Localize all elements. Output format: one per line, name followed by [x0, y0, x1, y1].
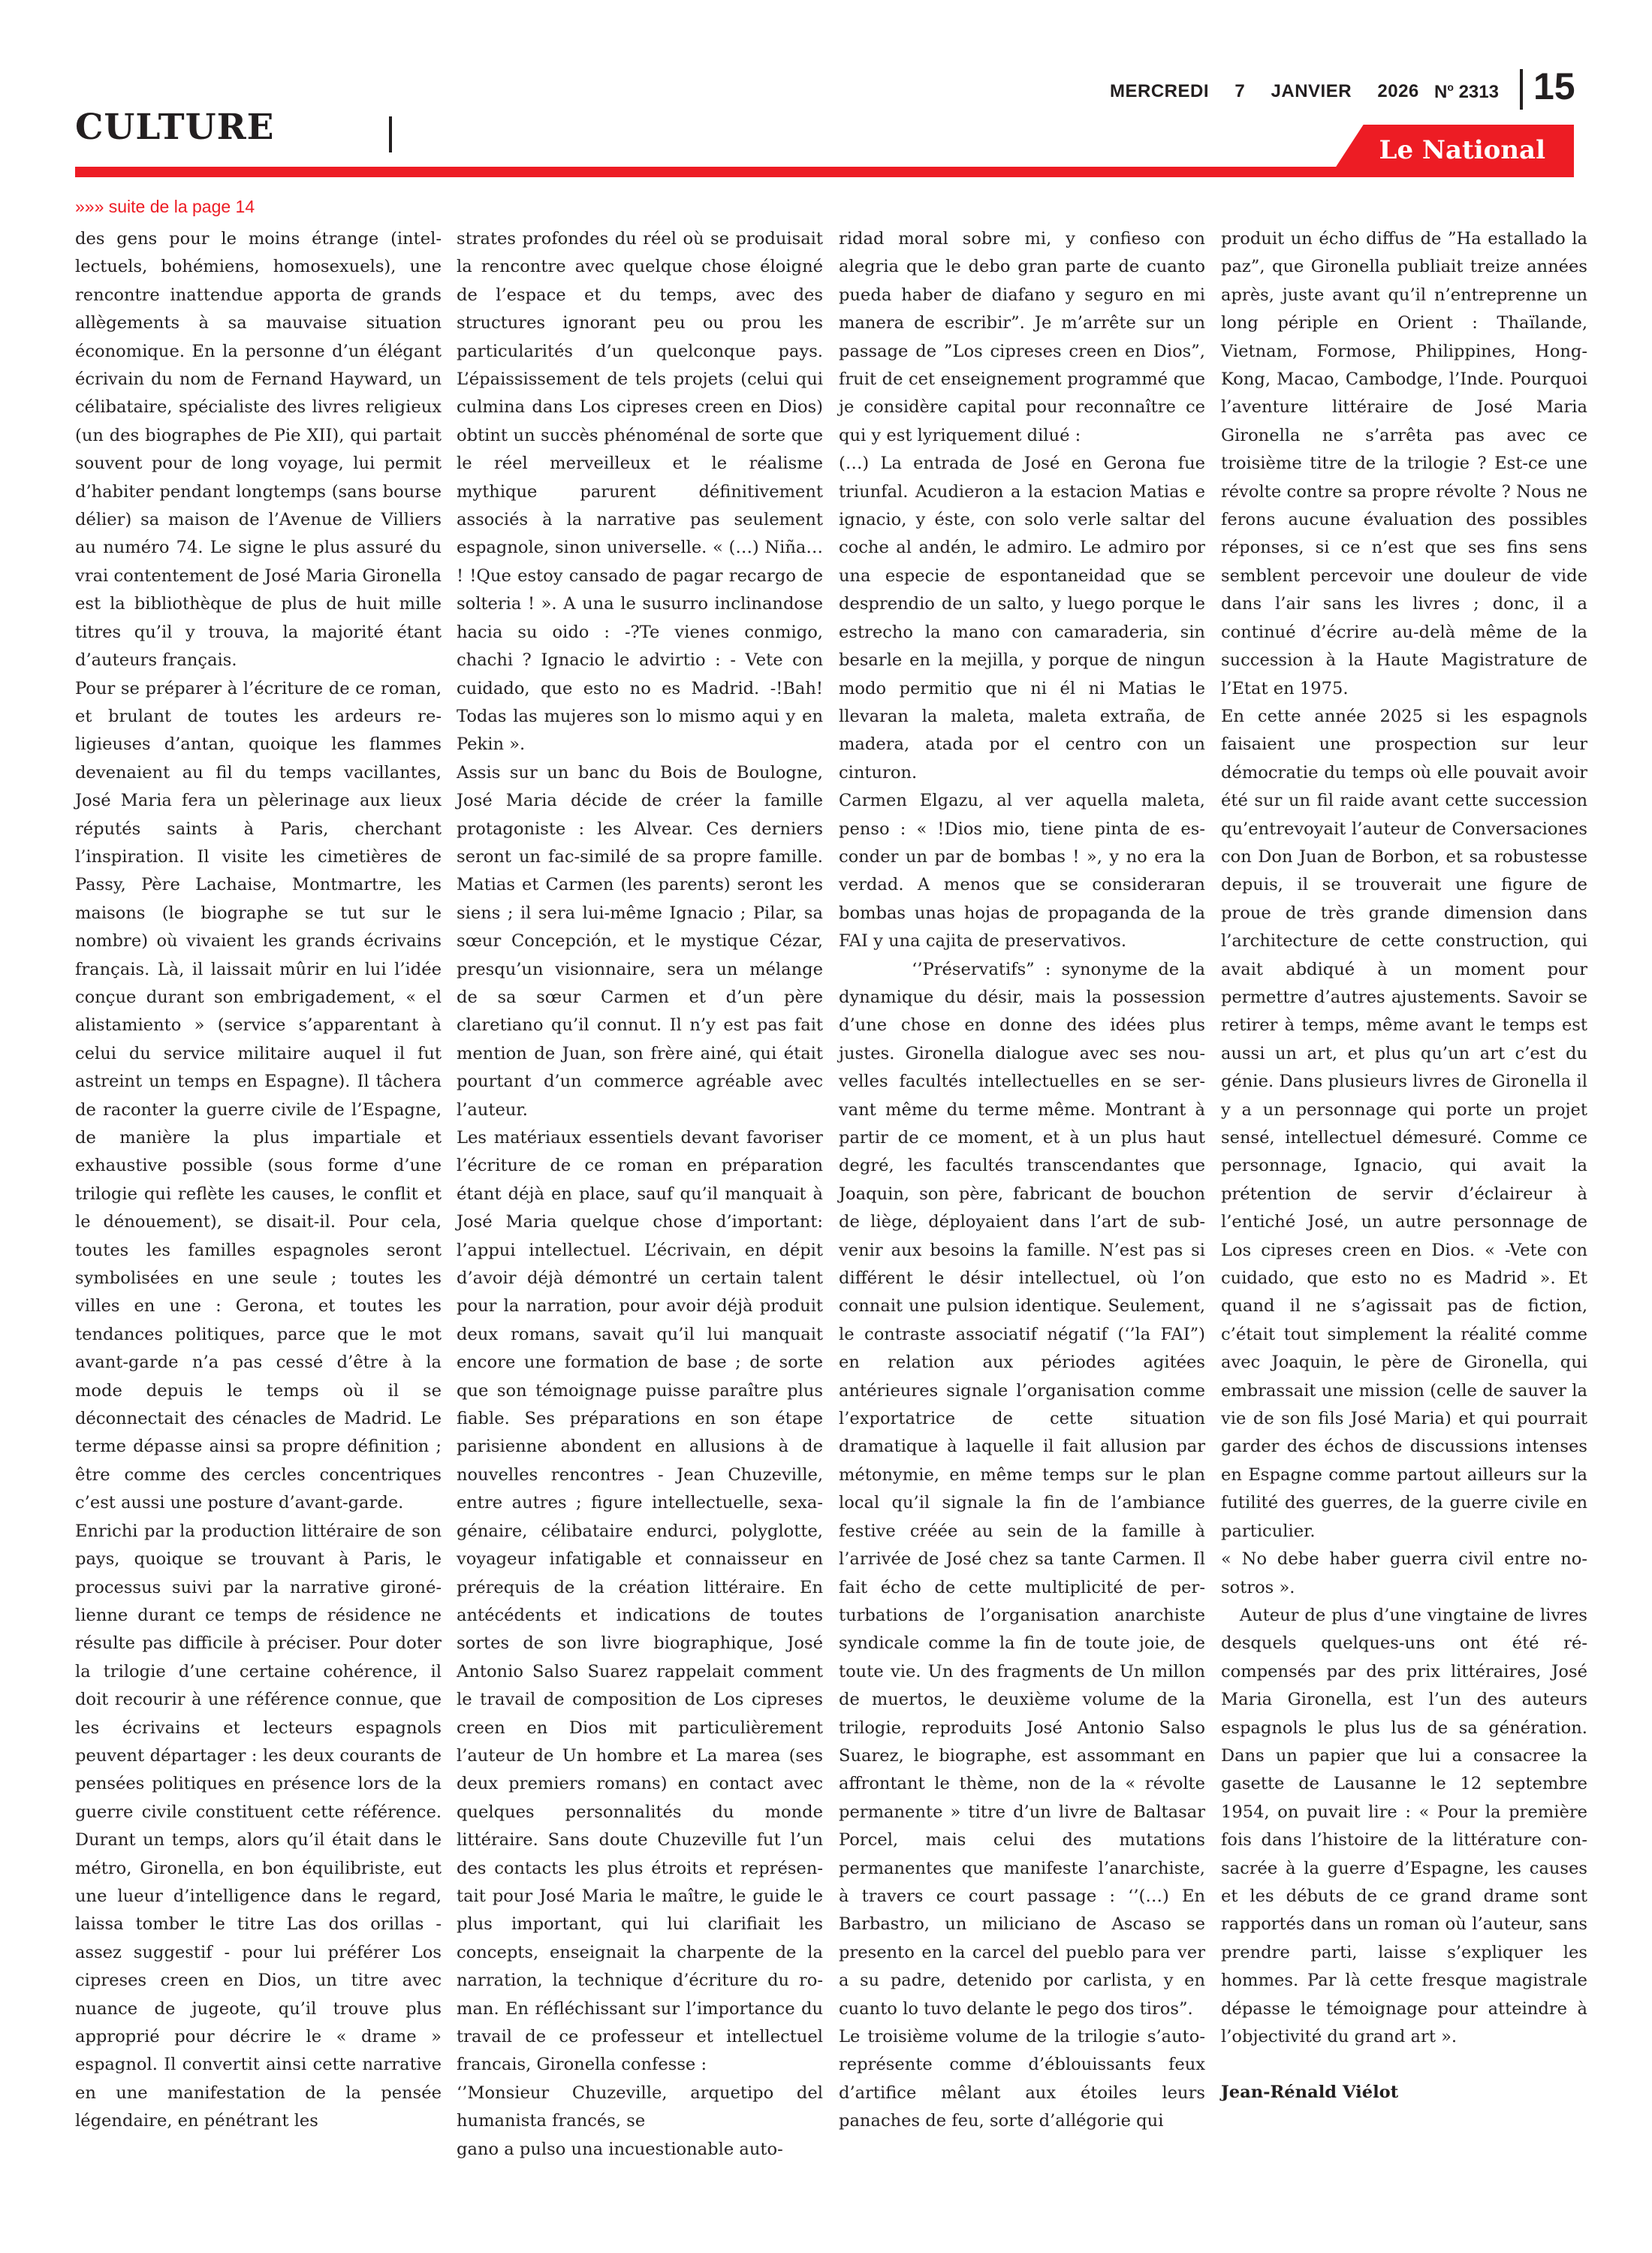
paragraph: strates profondes du réel où se produi­s…	[457, 225, 823, 759]
article-column-4: produit un écho diffus de ”Ha estal­lado…	[1221, 225, 1587, 2107]
paragraph: En cette année 2025 si les espagnols fai…	[1221, 703, 1587, 1546]
brand-logo-text: Le National	[1379, 135, 1545, 165]
quote-paragraph: gano a pulso una incuestionable auto-	[457, 2136, 823, 2164]
paragraph: des gens pour le moins étrange (intel­le…	[75, 225, 442, 675]
article-column-1: des gens pour le moins étrange (intel­le…	[75, 225, 442, 2136]
page-number-divider	[1520, 69, 1523, 110]
section-title: CULTURE	[75, 107, 274, 148]
paragraph: Auteur de plus d’une vingtaine de livres…	[1221, 1602, 1587, 2052]
quote-paragraph: Carmen Elgazu, al ver aquella maleta, pe…	[839, 787, 1205, 955]
header-divider	[389, 116, 392, 152]
paragraph: Le troisième volume de la trilogie s’aut…	[839, 2023, 1205, 2136]
paragraph: Pour se préparer à l’écriture de ce ro­m…	[75, 675, 442, 1518]
issue-date: MERCREDI 7 JANVIER 2026	[1110, 81, 1419, 102]
continued-from-link[interactable]: »»» suite de la page 14	[75, 197, 255, 217]
issue-sup: o	[1447, 81, 1454, 93]
article-column-2: strates profondes du réel où se produi­s…	[457, 225, 823, 2164]
brand-banner: Le National	[1329, 125, 1574, 177]
issue-number-value: 2313	[1459, 82, 1499, 102]
quote-paragraph: (…) La entrada de José en Gerona fue tri…	[839, 450, 1205, 787]
paragraph: Assis sur un banc du Bois de Boulogne, J…	[457, 759, 823, 1124]
issue-prefix: N	[1434, 82, 1447, 102]
article-column-3: ridad moral sobre mi, y confieso con ale…	[839, 225, 1205, 2136]
quote-paragraph: « No debe haber guerra civil entre no­so…	[1221, 1546, 1587, 1602]
page-number: 15	[1533, 65, 1575, 108]
article-body: des gens pour le moins étrange (intel­le…	[75, 225, 1574, 2223]
paragraph: ridad moral sobre mi, y confieso con ale…	[839, 225, 1205, 450]
issue-number: No 2313	[1434, 81, 1499, 103]
paragraph: produit un écho diffus de ”Ha estal­lado…	[1221, 225, 1587, 703]
paragraph: Les matériaux essentiels devant favorise…	[457, 1124, 823, 2080]
paragraph: Enrichi par la production littéraire de …	[75, 1518, 442, 2136]
author-byline: Jean-Rénald Viélot	[1221, 2079, 1587, 2107]
paragraph: ‘’Préservatifs” : synonyme de la dynamiq…	[839, 956, 1205, 2023]
quote-paragraph: ‘’Monsieur Chuzeville, arquetipo del hum…	[457, 2080, 823, 2136]
